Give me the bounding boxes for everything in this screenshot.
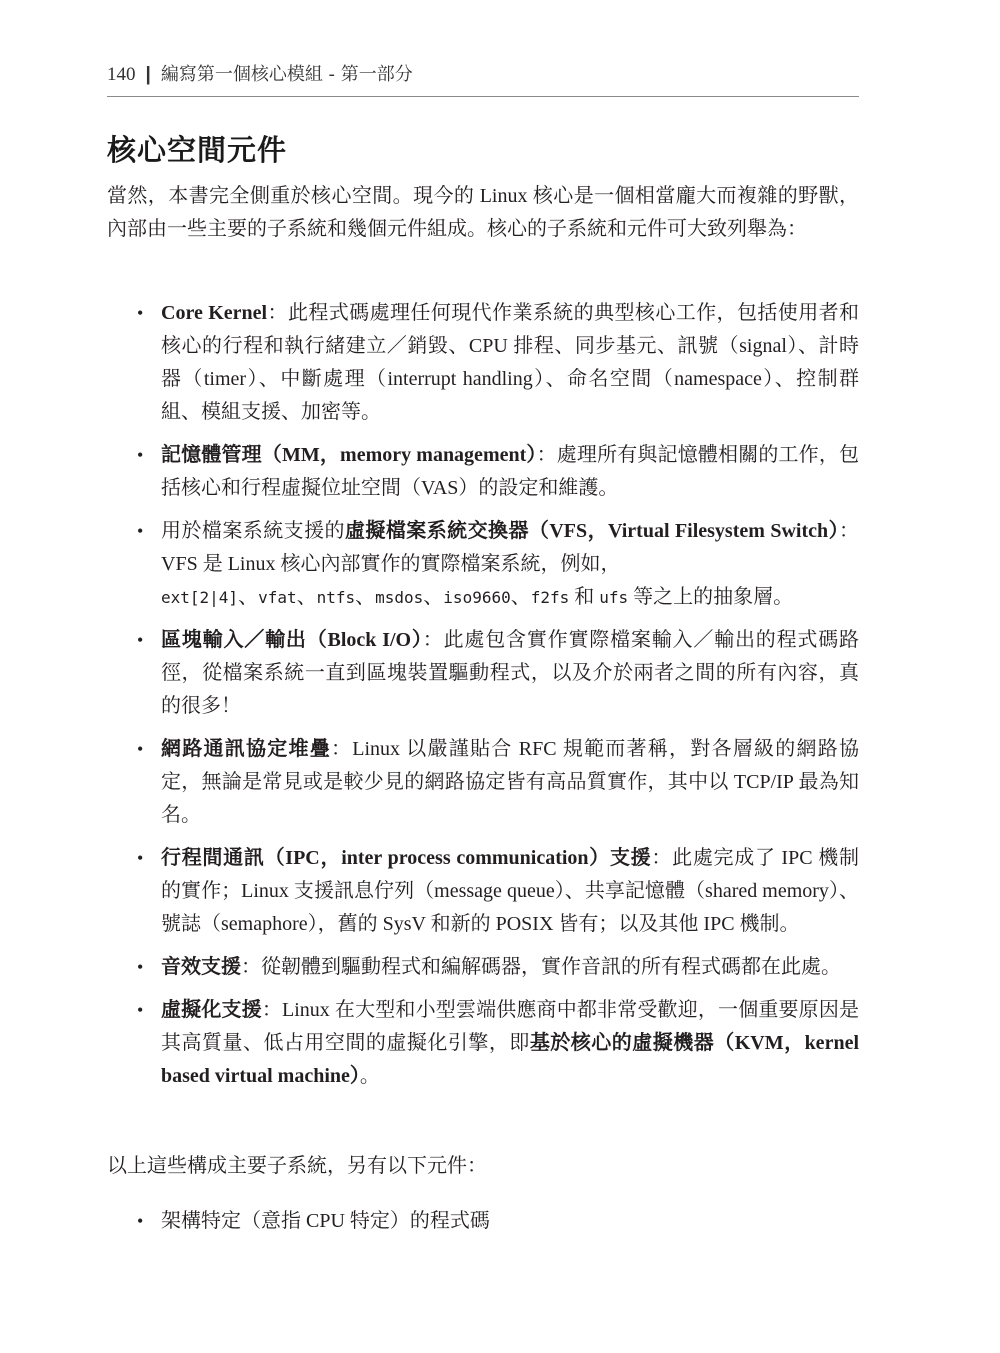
chapter-title: 編寫第一個核心模組 - 第一部分 [161, 64, 413, 85]
item-term: 音效支援 [161, 956, 241, 978]
bullet-icon: • [137, 1205, 143, 1238]
list-item-core-kernel: • Core Kernel：此程式碼處理任何現代作業系統的典型核心工作，包括使用… [107, 297, 859, 429]
list-item-memory-management: • 記憶體管理（MM，memory management）：處理所有與記憶體相關… [107, 439, 859, 505]
fs-name: ntfs [317, 588, 356, 607]
outro-paragraph: 以上這些構成主要子系統，另有以下元件： [107, 1150, 859, 1183]
item-term: 網路通訊協定堆疊 [161, 738, 331, 760]
item-term: 行程間通訊（IPC，inter process communication）支援 [161, 847, 651, 869]
bullet-icon: • [137, 297, 143, 330]
item-tail: 等之上的抽象層。 [628, 586, 793, 608]
component-list: • 架構特定（意指 CPU 特定）的程式碼 [107, 1205, 859, 1248]
item-term: 區塊輸入／輸出（Block I/O） [161, 629, 423, 651]
bullet-icon: • [137, 439, 143, 472]
conj: 和 [569, 586, 599, 608]
item-lead: 用於檔案系統支援的 [161, 520, 345, 542]
sep: 、 [511, 586, 531, 608]
header-separator: | [146, 64, 151, 85]
bullet-icon: • [137, 951, 143, 984]
item-term: 記憶體管理（MM，memory management） [161, 444, 537, 466]
running-header: 140|編寫第一個核心模組 - 第一部分 [107, 60, 859, 97]
item-text: ：從韌體到驅動程式和編解碼器，實作音訊的所有程式碼都在此處。 [241, 956, 841, 978]
page-number: 140 [107, 64, 136, 85]
item-term: 虛擬檔案系統交換器（VFS，Virtual Filesystem Switch） [345, 520, 839, 542]
fs-name: msdos [375, 588, 423, 607]
bullet-icon: • [137, 733, 143, 766]
sep: 、 [423, 586, 443, 608]
section-title: 核心空間元件 [107, 128, 287, 169]
list-item-ipc: • 行程間通訊（IPC，inter process communication）… [107, 842, 859, 941]
intro-paragraph: 當然，本書完全側重於核心空間。現今的 Linux 核心是一個相當龐大而複雜的野獸… [107, 180, 859, 246]
list-item-arch-specific: • 架構特定（意指 CPU 特定）的程式碼 [107, 1205, 859, 1238]
list-item-sound: • 音效支援：從韌體到驅動程式和編解碼器，實作音訊的所有程式碼都在此處。 [107, 951, 859, 984]
list-item-block-io: • 區塊輸入／輸出（Block I/O）：此處包含實作實際檔案輸入／輸出的程式碼… [107, 624, 859, 723]
fs-name: ext[2|4] [161, 588, 238, 607]
list-item-network-stack: • 網路通訊協定堆疊：Linux 以嚴謹貼合 RFC 規範而著稱，對各層級的網路… [107, 733, 859, 832]
item-text: 架構特定（意指 CPU 特定）的程式碼 [161, 1210, 490, 1232]
fs-name: ufs [599, 588, 628, 607]
sep: 、 [297, 586, 317, 608]
book-page: 140|編寫第一個核心模組 - 第一部分 核心空間元件 當然，本書完全側重於核心… [0, 0, 1000, 1353]
item-term: Core Kernel [161, 302, 267, 324]
bullet-icon: • [137, 994, 143, 1027]
item-term: 虛擬化支援 [161, 999, 262, 1021]
fs-name: f2fs [531, 588, 570, 607]
fs-name: vfat [258, 588, 297, 607]
item-tail: 。 [360, 1065, 380, 1087]
bullet-icon: • [137, 624, 143, 657]
sep: 、 [355, 586, 375, 608]
sep: 、 [238, 586, 258, 608]
bullet-icon: • [137, 515, 143, 548]
list-item-vfs: • 用於檔案系統支援的虛擬檔案系統交換器（VFS，Virtual Filesys… [107, 515, 859, 614]
bullet-icon: • [137, 842, 143, 875]
subsystem-list: • Core Kernel：此程式碼處理任何現代作業系統的典型核心工作，包括使用… [107, 297, 859, 1103]
list-item-virtualization: • 虛擬化支援：Linux 在大型和小型雲端供應商中都非常受歡迎，一個重要原因是… [107, 994, 859, 1093]
fs-name: iso9660 [443, 588, 510, 607]
